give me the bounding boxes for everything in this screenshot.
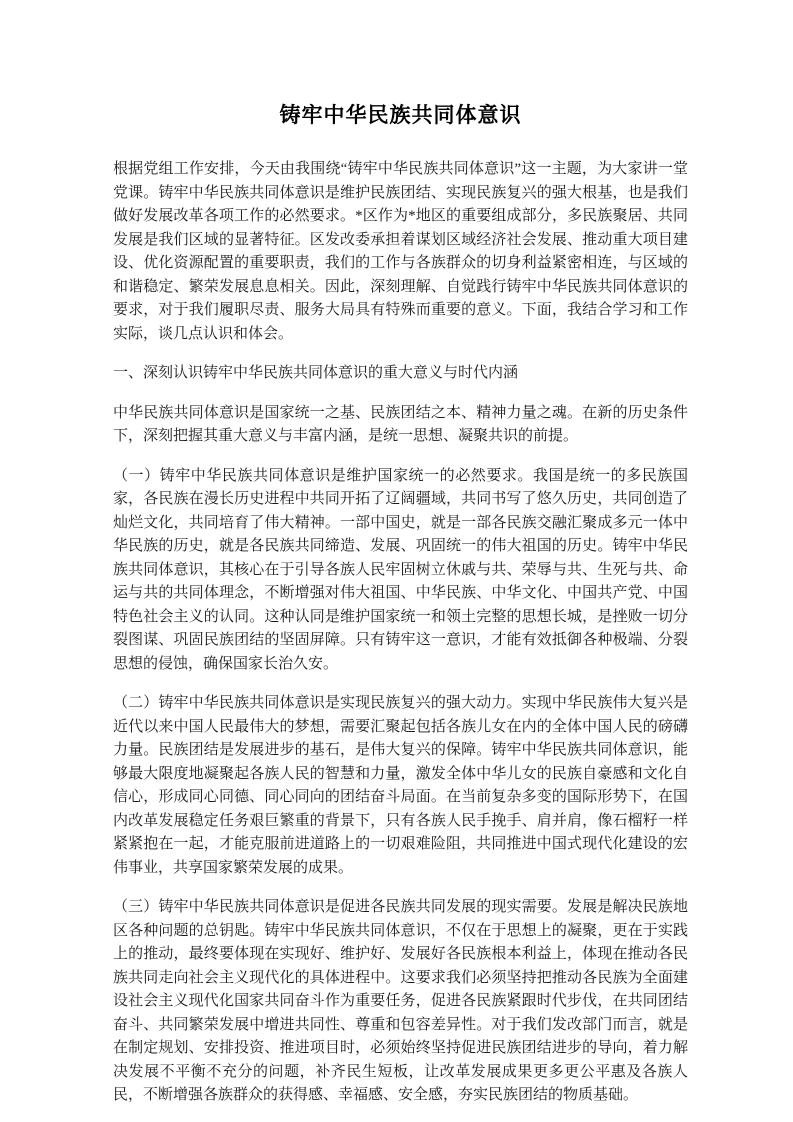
- paragraph-point-2: （二）铸牢中华民族共同体意识是实现民族复兴的强大动力。实现中华民族伟大复兴是近代…: [113, 692, 688, 880]
- paragraph-point-1: （一）铸牢中华民族共同体意识是维护国家统一的必然要求。我国是统一的多民族国家，各…: [113, 465, 688, 677]
- paragraph-section-lead: 中华民族共同体意识是国家统一之基、民族团结之本、精神力量之魂。在新的历史条件下，…: [113, 402, 688, 449]
- section-heading-1: 一、深刻认识铸牢中华民族共同体意识的重大意义与时代内涵: [113, 362, 688, 386]
- paragraph-intro: 根据党组工作安排，今天由我围绕“铸牢中华民族共同体意识”这一主题，为大家讲一堂党…: [113, 158, 688, 346]
- paragraph-point-3: （三）铸牢中华民族共同体意识是促进各民族共同发展的现实需要。发展是解决民族地区各…: [113, 896, 688, 1108]
- document-title: 铸牢中华民族共同体意识: [113, 99, 688, 132]
- document-page: 铸牢中华民族共同体意识 根据党组工作安排，今天由我围绕“铸牢中华民族共同体意识”…: [0, 0, 793, 1122]
